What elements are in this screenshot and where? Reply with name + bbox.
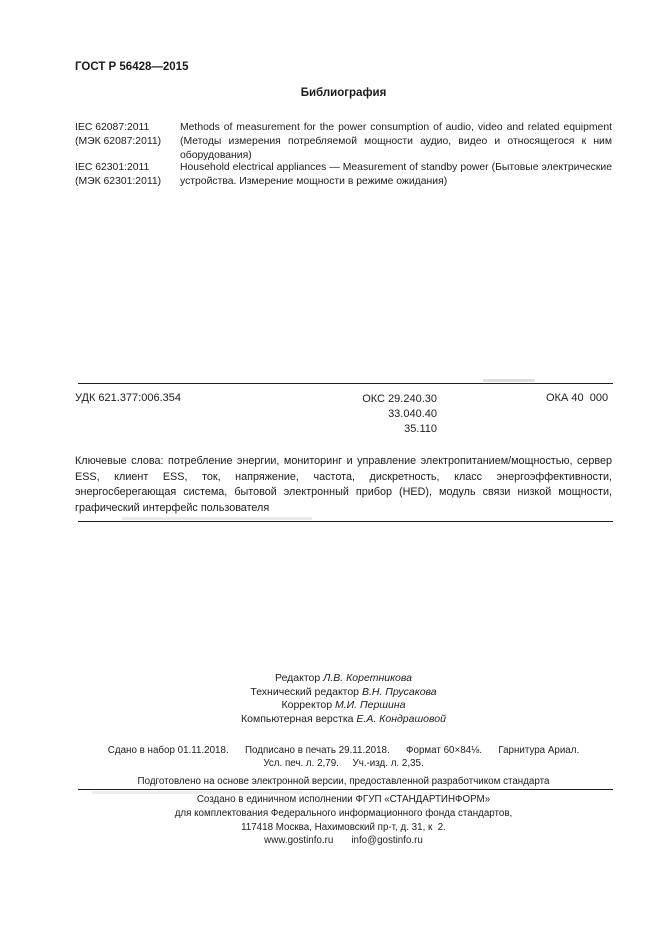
staff-name: М.И. Першина [335, 699, 405, 711]
scan-artifact [122, 517, 312, 520]
staff-credit-corrector: Корректор М.И. Першина [75, 699, 612, 713]
horizontal-rule [78, 521, 613, 522]
horizontal-rule [78, 383, 613, 384]
oks-codes: ОКС 29.240.30 33.040.40 35.110 [325, 392, 437, 438]
staff-credit-layout: Компьютерная верстка Е.А. Кондрашовой [75, 713, 612, 727]
staff-credits: Редактор Л.В. Коретникова Технический ре… [75, 672, 612, 726]
print-imprint-line: Усл. печ. л. 2,79. Уч.-изд. л. 2,35. [75, 758, 612, 769]
oks-code-line: 35.110 [325, 422, 437, 437]
scan-artifact [483, 379, 535, 382]
oks-code-line: ОКС 29.240.30 [325, 392, 437, 407]
staff-credit-technical-editor: Технический редактор В.Н. Прусакова [75, 686, 612, 700]
bib-description: Household electrical appliances — Measur… [180, 161, 612, 189]
horizontal-rule [78, 789, 613, 790]
bib-reference-code: IEC 62087:2011 (МЭК 62087:2011) [75, 121, 177, 149]
prepared-note: Подготовлено на основе электронной верси… [75, 776, 612, 787]
staff-role: Компьютерная верстка [241, 713, 353, 725]
standard-number: ГОСТ Р 56428—2015 [75, 61, 188, 73]
staff-name: Л.В. Коретникова [323, 672, 412, 684]
bib-code-iec: IEC 62087:2011 [75, 121, 177, 135]
staff-role: Редактор [275, 672, 320, 684]
oks-code-line: 33.040.40 [325, 407, 437, 422]
document-page: ГОСТ Р 56428—2015 Библиография IEC 62087… [0, 0, 661, 935]
publisher-contacts: www.gostinfo.ruinfo@gostinfo.ru [75, 835, 612, 846]
udk-code: УДК 621.377:006.354 [75, 392, 181, 404]
bib-code-mek: (МЭК 62301:2011) [75, 175, 177, 189]
staff-name: Е.А. Кондрашовой [356, 713, 446, 725]
publisher-email: info@gostinfo.ru [351, 835, 423, 846]
keywords-paragraph: Ключевые слова: потребление энергии, мон… [75, 454, 612, 516]
staff-name: В.Н. Прусакова [362, 686, 437, 698]
publisher-address: 117418 Москва, Нахимовский пр-т, д. 31, … [75, 822, 612, 833]
staff-credit-editor: Редактор Л.В. Коретникова [75, 672, 612, 686]
bib-code-iec: IEC 62301:2011 [75, 161, 177, 175]
staff-role: Корректор [282, 699, 333, 711]
publisher-website: www.gostinfo.ru [264, 835, 333, 846]
bib-code-mek: (МЭК 62087:2011) [75, 135, 177, 149]
print-imprint-line: Сдано в набор 01.11.2018. Подписано в пе… [75, 745, 612, 756]
bib-reference-code: IEC 62301:2011 (МЭК 62301:2011) [75, 161, 177, 189]
publisher-line: для комплектования Федерального информац… [75, 808, 612, 819]
oka-code: ОКА 40 000 [546, 392, 608, 404]
publisher-line: Создано в единичном исполнении ФГУП «СТА… [75, 794, 612, 805]
section-title-bibliography: Библиография [75, 87, 612, 99]
staff-role: Технический редактор [250, 686, 359, 698]
bib-description: Methods of measurement for the power con… [180, 121, 612, 162]
